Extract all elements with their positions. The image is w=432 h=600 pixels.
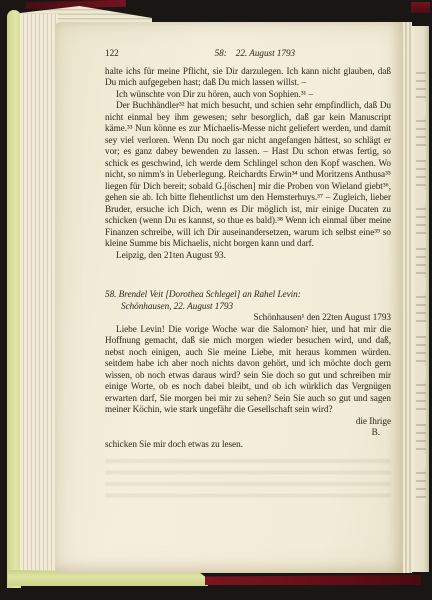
- book-cover-edge-top-right: [411, 2, 430, 13]
- book-cover-edge-bottom: [205, 575, 421, 585]
- page-showthrough-ghost: [105, 459, 391, 501]
- running-header-title: 58:22. August 1793: [119, 48, 391, 60]
- facing-page-sliver: [412, 26, 429, 572]
- page-number: 122: [105, 48, 119, 60]
- running-header-date: 22. August 1793: [236, 48, 295, 58]
- letter58-heading: 58. Brendel Veit [Dorothea Schlegel] an …: [105, 289, 391, 312]
- book-page: 122 58:22. August 1793 halte ichs für me…: [55, 22, 403, 573]
- book-fore-edge: [7, 10, 21, 588]
- running-header-letter-ref: 58:: [215, 48, 227, 58]
- letter58-signature: die Ihrige: [105, 416, 391, 428]
- page-stack-left-edge: [20, 14, 58, 574]
- letter58-dateline: Schönhausen¹ den 22ten August 1793: [105, 312, 391, 324]
- letter58-body: Liebe Levin! Die vorige Woche war die Sa…: [105, 324, 391, 416]
- letter58-heading-line1: 58. Brendel Veit [Dorothea Schlegel] an …: [105, 289, 391, 301]
- text-column: 122 58:22. August 1793 halte ichs für me…: [105, 22, 391, 501]
- facing-page-text-ghost: [416, 72, 426, 502]
- letter58-heading-line2: Schönhausen, 22. August 1793: [105, 301, 391, 313]
- letter57-paragraph-buchhaendler: Der Buchhändler³² hat mich besucht, und …: [105, 100, 391, 250]
- book-photo: 122 58:22. August 1793 halte ichs für me…: [0, 0, 432, 600]
- running-head: 122 58:22. August 1793: [105, 22, 391, 60]
- letter57-dateline: Leipzig, den 21ten August 93.: [105, 250, 391, 262]
- letter58-signature-initial: B.: [105, 427, 391, 439]
- letter57-paragraph-sophien: Ich wünschte von Dir zu hören, auch von …: [105, 89, 391, 101]
- letter58-postscript: schicken Sie mir doch etwas zu lesen.: [105, 439, 391, 451]
- letter57-continuation-paragraph: halte ichs für meine Pflicht, sie Dir da…: [105, 66, 391, 89]
